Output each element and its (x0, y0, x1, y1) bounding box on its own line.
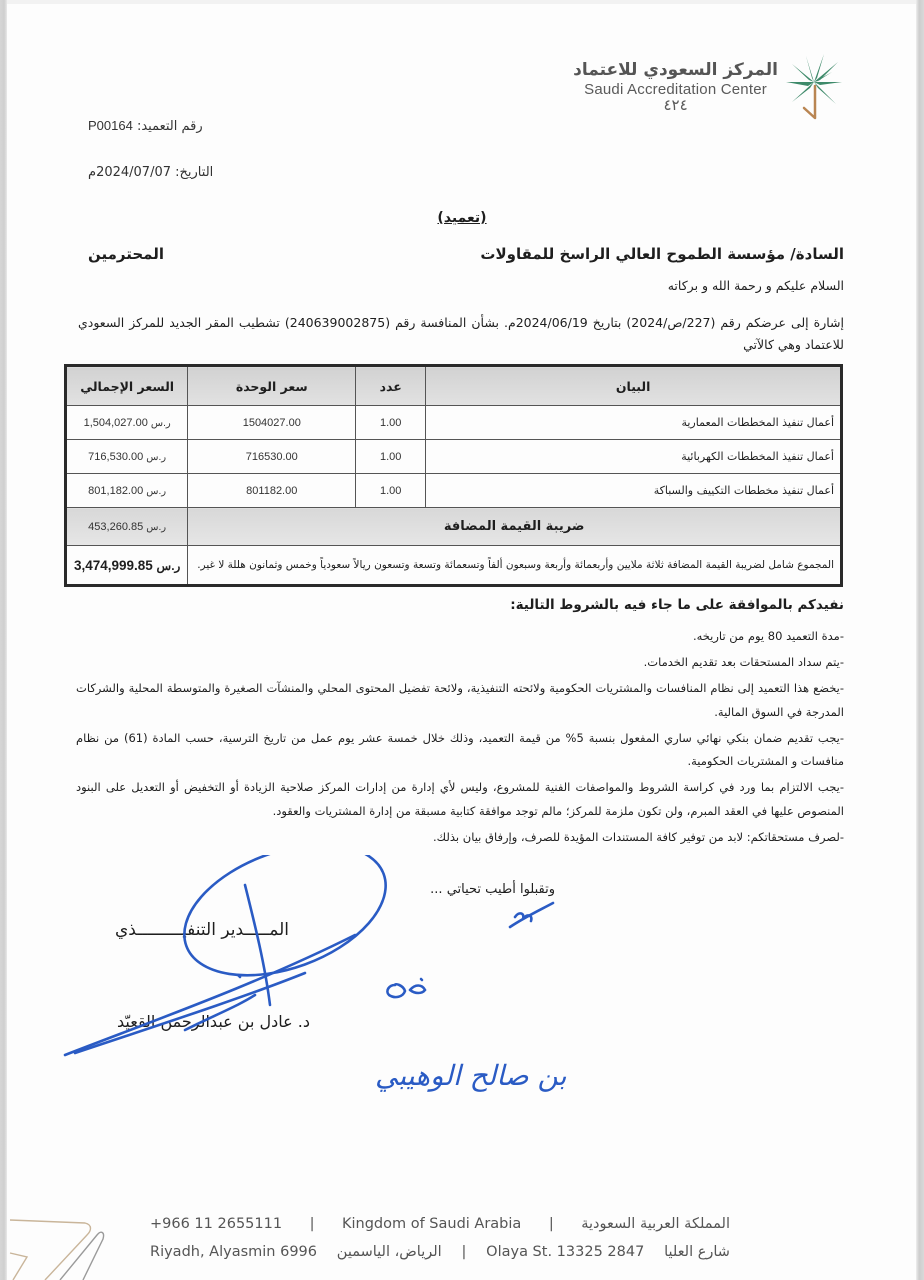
corner-decoration-icon (5, 1195, 105, 1280)
table-row: أعمال تنفيذ المخططات المعمارية 1.00 1504… (66, 406, 842, 440)
closing-line: وتقبلوا أطيب تحياتي ... (380, 882, 555, 897)
footer-city-ar: الرياض، الياسمين (337, 1238, 442, 1266)
row-total-price: ر.س 1,504,027.00 (66, 406, 188, 440)
row-description: أعمال تنفيذ المخططات المعمارية (426, 406, 842, 440)
terms-list: -مدة التعميد 80 يوم من تاريخه. -يتم سداد… (76, 625, 844, 852)
grand-total-value: 3,474,999.85 (74, 558, 153, 573)
handwritten-name: حسان بن صالح الوهيبي (375, 1059, 575, 1092)
term-item: -مدة التعميد 80 يوم من تاريخه. (76, 625, 844, 649)
award-number: رقم التعميد: P00164 (88, 118, 203, 134)
header-total-price: السعر الإجمالي (66, 366, 188, 406)
intro-paragraph: إشارة إلى عرضكم رقم (227/ص/2024) بتاريخ … (78, 312, 844, 356)
vat-label: ضريبة القيمة المضافة (188, 508, 842, 546)
term-item: -يتم سداد المستحقات بعد تقديم الخدمات. (76, 651, 844, 675)
total-value: 801,182.00 (88, 485, 143, 497)
page-edge-left (0, 0, 7, 1280)
recipient-name: السادة/ مؤسسة الطموح العالي الراسخ للمقا… (480, 245, 844, 263)
award-number-label: رقم التعميد: (137, 119, 203, 134)
vat-row: ضريبة القيمة المضافة ر.س 453,260.85 (66, 508, 842, 546)
header-quantity: عدد (356, 366, 426, 406)
signer-name: د. عادل بن عبدالرحمن القعيّد (117, 1012, 310, 1031)
organization-number-mark: ٤٢٤ (573, 96, 778, 114)
header-description: البيان (426, 366, 842, 406)
footer-separator: | (549, 1210, 554, 1238)
palm-star-logo-icon (784, 52, 844, 127)
page-edge-right (916, 0, 924, 1280)
row-total-price: ر.س 716,530.00 (66, 440, 188, 474)
term-item: -يخضع هذا التعميد إلى نظام المنافسات وال… (76, 677, 844, 724)
row-unit-price: 716530.00 (188, 440, 356, 474)
recipient-honorific: المحترمين (88, 245, 164, 263)
header-unit-price: سعر الوحدة (188, 366, 356, 406)
recipient-row: السادة/ مؤسسة الطموح العالي الراسخ للمقا… (88, 245, 844, 263)
vat-amount: ر.س 453,260.85 (66, 508, 188, 546)
footer-line-1: +966 11 2655111 | Kingdom of Saudi Arabi… (150, 1210, 730, 1238)
table-row: أعمال تنفيذ مخططات التكييف والسباكة 1.00… (66, 474, 842, 508)
footer-separator: | (310, 1210, 315, 1238)
organization-name-ar: المركز السعودي للاعتماد (573, 60, 778, 80)
currency: ر.س (157, 559, 181, 573)
currency: ر.س (146, 486, 166, 497)
row-quantity: 1.00 (356, 440, 426, 474)
footer-country-en: Kingdom of Saudi Arabia (342, 1210, 521, 1238)
footer-street-en: Olaya St. 13325 2847 (486, 1238, 644, 1266)
currency: ر.س (151, 418, 171, 429)
row-quantity: 1.00 (356, 406, 426, 440)
currency: ر.س (146, 522, 166, 533)
row-total-price: ر.س 801,182.00 (66, 474, 188, 508)
letter-subject: (تعميد) (0, 210, 924, 226)
footer-separator: | (461, 1238, 466, 1266)
row-quantity: 1.00 (356, 474, 426, 508)
page-edge-top (7, 0, 916, 4)
table-header-row: البيان عدد سعر الوحدة السعر الإجمالي (66, 366, 842, 406)
footer-phone: +966 11 2655111 (150, 1210, 282, 1238)
date-label: التاريخ: (175, 165, 213, 180)
table-row: أعمال تنفيذ المخططات الكهربائية 1.00 716… (66, 440, 842, 474)
greeting: السلام عليكم و رحمة الله و بركاته (668, 278, 844, 293)
total-value: 1,504,027.00 (84, 417, 148, 429)
vat-value: 453,260.85 (88, 521, 143, 533)
row-description: أعمال تنفيذ المخططات الكهربائية (426, 440, 842, 474)
term-item: -يجب الالتزام بما ورد في كراسة الشروط وا… (76, 776, 844, 823)
footer-country-ar: المملكة العربية السعودية (581, 1210, 730, 1238)
row-unit-price: 1504027.00 (188, 406, 356, 440)
row-description: أعمال تنفيذ مخططات التكييف والسباكة (426, 474, 842, 508)
footer-line-2: Riyadh, Alyasmin 6996 الرياض، الياسمين |… (150, 1238, 730, 1266)
term-item: -يجب تقديم ضمان بنكي نهائي ساري المفعول … (76, 727, 844, 774)
currency: ر.س (146, 452, 166, 463)
grand-total-row: المجموع شامل لضريبة القيمة المضافة ثلاثة… (66, 546, 842, 586)
total-value: 716,530.00 (88, 451, 143, 463)
footer-street-ar: شارع العليا (664, 1238, 730, 1266)
quote-table: البيان عدد سعر الوحدة السعر الإجمالي أعم… (64, 364, 843, 587)
footer: +966 11 2655111 | Kingdom of Saudi Arabi… (150, 1210, 730, 1266)
grand-total-amount: ر.س 3,474,999.85 (66, 546, 188, 586)
term-item: -لصرف مستحقاتكم: لابد من توفير كافة المس… (76, 826, 844, 850)
letter-date: التاريخ: 2024/07/07م (88, 165, 213, 180)
signer-title: المـــــدير التنفيـــــــــذي (115, 920, 289, 940)
terms-title: نفيدكم بالموافقة على ما جاء فيه بالشروط … (510, 597, 844, 613)
award-number-value: P00164 (88, 118, 133, 133)
row-unit-price: 801182.00 (188, 474, 356, 508)
date-value: 2024/07/07م (88, 165, 171, 180)
footer-city-en: Riyadh, Alyasmin 6996 (150, 1238, 317, 1266)
organization-logo: المركز السعودي للاعتماد Saudi Accreditat… (574, 52, 844, 127)
grand-total-words: المجموع شامل لضريبة القيمة المضافة ثلاثة… (188, 546, 842, 586)
